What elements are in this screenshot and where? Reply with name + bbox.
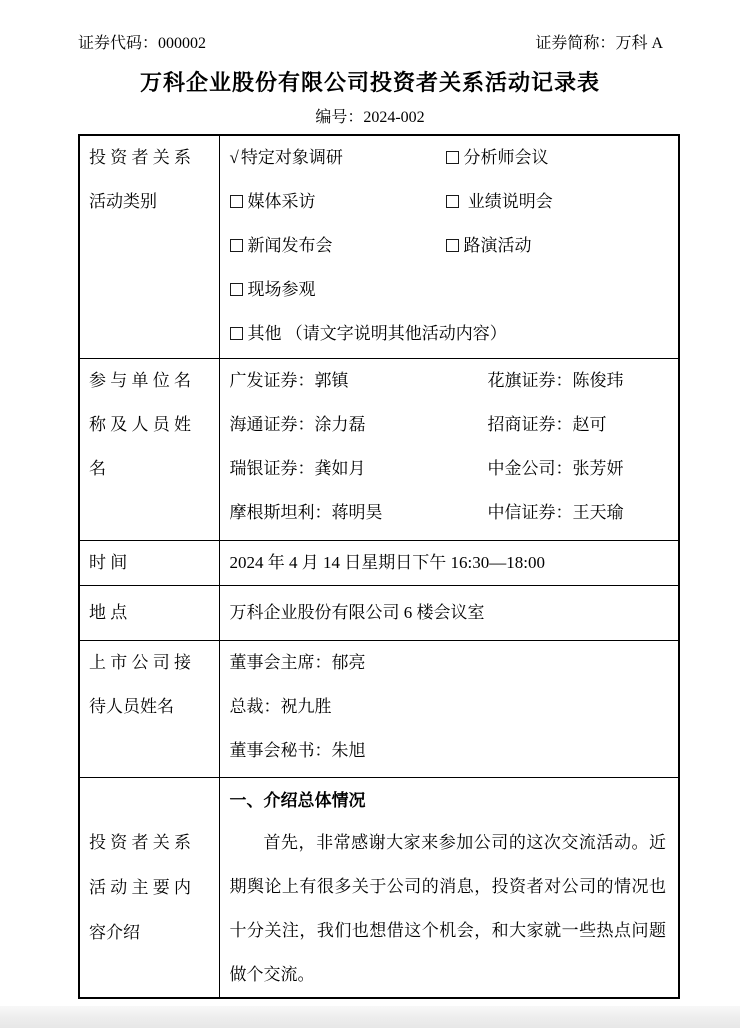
- activity-option-checked: √特定对象调研: [230, 136, 446, 180]
- row-location-label: 地 点: [79, 585, 219, 640]
- content-paragraph: 首先，非常感谢大家来参加公司的这次交流活动。近期舆论上有很多关于公司的消息，投资…: [230, 821, 667, 997]
- participant-entry: 中金公司：张芳妍: [488, 447, 624, 491]
- page-bottom-edge: [0, 1006, 740, 1028]
- participant-entry: 广发证券：郭镇: [230, 359, 488, 403]
- stock-name: 证券简称：万科 A: [535, 33, 663, 54]
- activity-line: 其他 （请文字说明其他活动内容）: [230, 312, 667, 356]
- participant-entry: 招商证券：赵可: [488, 403, 607, 447]
- checkbox-icon: [230, 283, 243, 296]
- checkmark-icon: √: [230, 148, 239, 167]
- record-table: 投 资 者 关 系 活动类别 √特定对象调研 分析师会议 媒体采访 业绩说明会 …: [78, 134, 680, 999]
- row-hosts-value: 董事会主席：郁亮 总裁：祝九胜 董事会秘书：朱旭: [219, 640, 679, 777]
- activity-line: 新闻发布会 路演活动: [230, 224, 667, 268]
- row-main-content: 投 资 者 关 系 活 动 主 要 内 容介绍 一、介绍总体情况 首先，非常感谢…: [79, 777, 679, 998]
- activity-option-label: 现场参观: [248, 280, 316, 299]
- label-line: 称 及 人 员 姓: [89, 403, 213, 447]
- activity-line: √特定对象调研 分析师会议: [230, 136, 667, 180]
- label-line: 投 资 者 关 系: [89, 136, 213, 180]
- row-participants-value: 广发证券：郭镇 花旗证券：陈俊玮 海通证券：涂力磊 招商证券：赵可 瑞银证券：龚…: [219, 358, 679, 540]
- row-main-content-value: 一、介绍总体情况 首先，非常感谢大家来参加公司的这次交流活动。近期舆论上有很多关…: [219, 777, 679, 998]
- label-line: 活 动 主 要 内: [89, 865, 213, 910]
- row-activity-type: 投 资 者 关 系 活动类别 √特定对象调研 分析师会议 媒体采访 业绩说明会 …: [79, 135, 679, 358]
- row-time: 时 间 2024 年 4 月 14 日星期日下午 16:30—18:00: [79, 540, 679, 585]
- document-title: 万科企业股份有限公司投资者关系活动记录表: [0, 66, 740, 97]
- row-time-value: 2024 年 4 月 14 日星期日下午 16:30—18:00: [219, 540, 679, 585]
- label-line: 待人员姓名: [89, 685, 213, 729]
- activity-option: 新闻发布会: [230, 224, 446, 268]
- participant-entry: 瑞银证券：龚如月: [230, 447, 488, 491]
- document-number-value: 2024-002: [363, 109, 424, 126]
- activity-line: 媒体采访 业绩说明会: [230, 180, 667, 224]
- row-main-content-label: 投 资 者 关 系 活 动 主 要 内 容介绍: [79, 777, 219, 998]
- activity-option: 分析师会议: [446, 136, 549, 180]
- activity-option: 业绩说明会: [446, 180, 553, 224]
- activity-option-label: 特定对象调研: [241, 148, 343, 167]
- participant-entry: 海通证券：涂力磊: [230, 403, 488, 447]
- host-entry: 董事会秘书：朱旭: [230, 729, 667, 773]
- activity-option-label: 路演活动: [464, 236, 532, 255]
- activity-option: 现场参观: [230, 268, 316, 312]
- stock-code: 证券代码：000002: [78, 33, 206, 54]
- document-meta-row: 证券代码：000002 证券简称：万科 A: [0, 0, 740, 54]
- row-hosts-label: 上 市 公 司 接 待人员姓名: [79, 640, 219, 777]
- stock-name-value: 万科 A: [615, 35, 663, 52]
- activity-line: 现场参观: [230, 268, 667, 312]
- activity-option-label: 媒体采访: [248, 192, 316, 211]
- row-activity-type-value: √特定对象调研 分析师会议 媒体采访 业绩说明会 新闻发布会 路演活动 现场参观…: [219, 135, 679, 358]
- row-time-label: 时 间: [79, 540, 219, 585]
- row-participants: 参 与 单 位 名 称 及 人 员 姓 名 广发证券：郭镇 花旗证券：陈俊玮 海…: [79, 358, 679, 540]
- stock-name-label: 证券简称：: [535, 35, 615, 52]
- section-heading: 一、介绍总体情况: [230, 778, 667, 821]
- stock-code-value: 000002: [158, 35, 206, 52]
- document-number-label: 编号：: [315, 109, 363, 126]
- label-line: 活动类别: [89, 180, 213, 224]
- row-location: 地 点 万科企业股份有限公司 6 楼会议室: [79, 585, 679, 640]
- checkbox-icon: [230, 239, 243, 252]
- activity-option-label: 其他 （请文字说明其他活动内容）: [248, 324, 507, 343]
- label-line: 投 资 者 关 系: [89, 820, 213, 865]
- label-line: 名: [89, 447, 213, 491]
- participant-entry: 中信证券：王天瑜: [488, 491, 624, 535]
- participant-line: 瑞银证券：龚如月 中金公司：张芳妍: [230, 447, 667, 491]
- participant-line: 摩根斯坦利：蒋明昊 中信证券：王天瑜: [230, 491, 667, 535]
- participant-line: 广发证券：郭镇 花旗证券：陈俊玮: [230, 359, 667, 403]
- checkbox-icon: [230, 327, 243, 340]
- label-line: 容介绍: [89, 910, 213, 955]
- document-number: 编号：2024-002: [0, 107, 740, 128]
- host-entry: 总裁：祝九胜: [230, 685, 667, 729]
- checkbox-icon: [446, 239, 459, 252]
- activity-option-label: 新闻发布会: [248, 236, 333, 255]
- activity-option: 路演活动: [446, 224, 532, 268]
- row-participants-label: 参 与 单 位 名 称 及 人 员 姓 名: [79, 358, 219, 540]
- row-activity-type-label: 投 资 者 关 系 活动类别: [79, 135, 219, 358]
- checkbox-icon: [230, 195, 243, 208]
- activity-option-label: 业绩说明会: [468, 192, 553, 211]
- activity-option: 媒体采访: [230, 180, 446, 224]
- stock-code-label: 证券代码：: [78, 35, 158, 52]
- activity-option-label: 分析师会议: [464, 148, 549, 167]
- activity-option: 其他 （请文字说明其他活动内容）: [230, 312, 507, 356]
- label-line: 上 市 公 司 接: [89, 641, 213, 685]
- checkbox-icon: [446, 151, 459, 164]
- participant-entry: 花旗证券：陈俊玮: [488, 359, 624, 403]
- host-entry: 董事会主席：郁亮: [230, 641, 667, 685]
- row-location-value: 万科企业股份有限公司 6 楼会议室: [219, 585, 679, 640]
- participant-line: 海通证券：涂力磊 招商证券：赵可: [230, 403, 667, 447]
- row-hosts: 上 市 公 司 接 待人员姓名 董事会主席：郁亮 总裁：祝九胜 董事会秘书：朱旭: [79, 640, 679, 777]
- checkbox-icon: [446, 195, 459, 208]
- label-line: 参 与 单 位 名: [89, 359, 213, 403]
- participant-entry: 摩根斯坦利：蒋明昊: [230, 491, 488, 535]
